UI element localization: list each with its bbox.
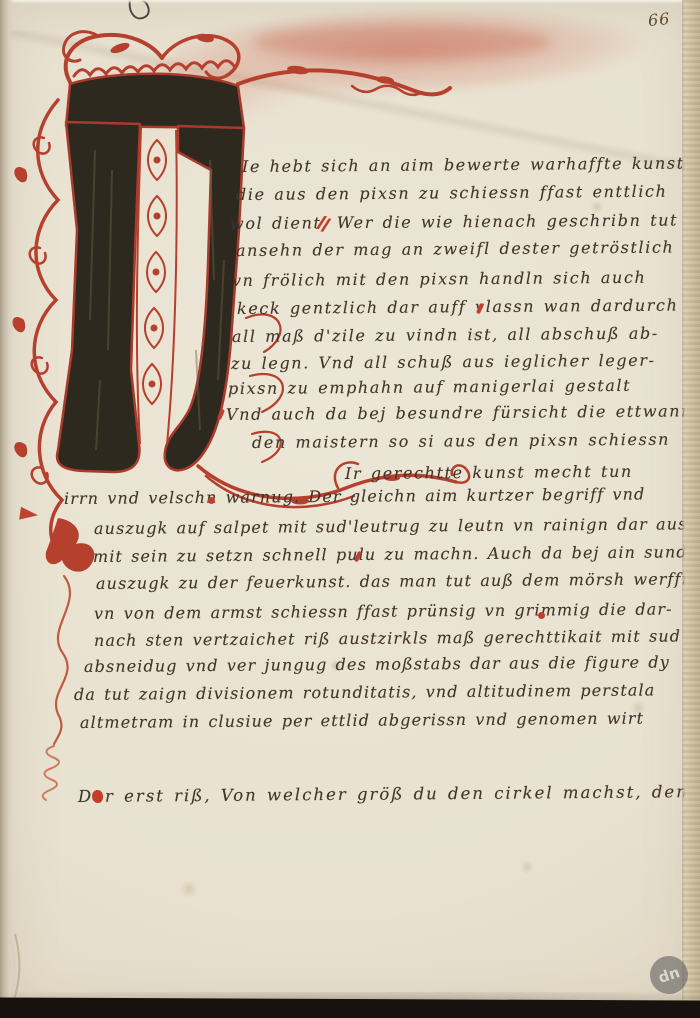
manuscript-line-11: den maistern so si aus den pixsn schiess… xyxy=(252,430,670,452)
parchment-page: 66 Ie hebt sich an aim bewerte warhaffte… xyxy=(0,0,700,1018)
manuscript-line-12: Ir gerechtte kunst mecht tun xyxy=(345,462,633,483)
manuscript-line-3: wol dient. Wer die wie hienach geschribn… xyxy=(230,210,678,233)
dn-watermark-label: dn xyxy=(656,963,682,987)
manuscript-line-22: Der erst riß, Von welcher größ du den ci… xyxy=(78,782,689,806)
manuscript-line-21: altmetram in clusiue per ettlid abgeriss… xyxy=(80,709,644,732)
manuscript-line-18: nach sten vertzaichet riß austzirkls maß… xyxy=(94,626,681,650)
scan-top-edge xyxy=(0,0,700,4)
manuscript-line-2: die aus den pixsn zu schiessn ffast entt… xyxy=(236,182,668,204)
manuscript-line-17: vn von dem armst schiessn ffast prünsig … xyxy=(94,599,673,623)
manuscript-line-8: zu legn. Vnd all schuß aus ieglicher leg… xyxy=(231,351,656,373)
manuscript-line-15: mit sein zu setzn schnell pulu zu machn.… xyxy=(93,542,697,566)
binding-thread xyxy=(118,0,162,28)
manuscript-line-7: all maß d'zile zu vindn ist, all abschuß… xyxy=(232,324,659,346)
manuscript-line-14: auszugk auf salpet mit sud'leutrug zu le… xyxy=(94,514,688,538)
rubric-mark-dot-large xyxy=(92,790,103,803)
table-background xyxy=(0,997,700,1018)
rubric-mark-dot xyxy=(538,612,545,619)
manuscript-line-16: auszugk zu der feuerkunst. das man tut a… xyxy=(96,569,693,593)
manuscript-line-1: Ie hebt sich an aim bewerte warhaffte ku… xyxy=(242,154,685,176)
manuscript-line-10: Vnd auch da bej besundre fürsicht die et… xyxy=(226,401,693,424)
fore-edge xyxy=(682,0,700,1018)
text-block: Ie hebt sich an aim bewerte warhaffte ku… xyxy=(0,0,700,1018)
rubric-mark-stroke xyxy=(217,409,225,421)
manuscript-line-19: absneidug vnd ver jungug des moßstabs da… xyxy=(84,652,670,676)
manuscript-line-5: vn frölich mit den pixsn handln sich auc… xyxy=(232,268,647,290)
manuscript-line-6: keck gentzlich dar auff vlassn wan dardu… xyxy=(237,296,679,318)
gutter-edge xyxy=(0,0,14,1018)
manuscript-line-20: da tut zaign divisionem rotunditatis, vn… xyxy=(74,680,655,704)
manuscript-line-9: pixsn zu emphahn auf manigerlai gestalt xyxy=(228,376,631,398)
manuscript-line-4: ansehn der mag an zweifl dester getröstl… xyxy=(236,238,675,260)
rubric-mark-dot xyxy=(208,497,215,504)
rubric-mark-arrow xyxy=(19,507,39,522)
manuscript-scan: 66 Ie hebt sich an aim bewerte warhaffte… xyxy=(0,0,700,1018)
manuscript-line-13: irrn vnd velschn warnug. Der gleichn aim… xyxy=(64,484,646,508)
